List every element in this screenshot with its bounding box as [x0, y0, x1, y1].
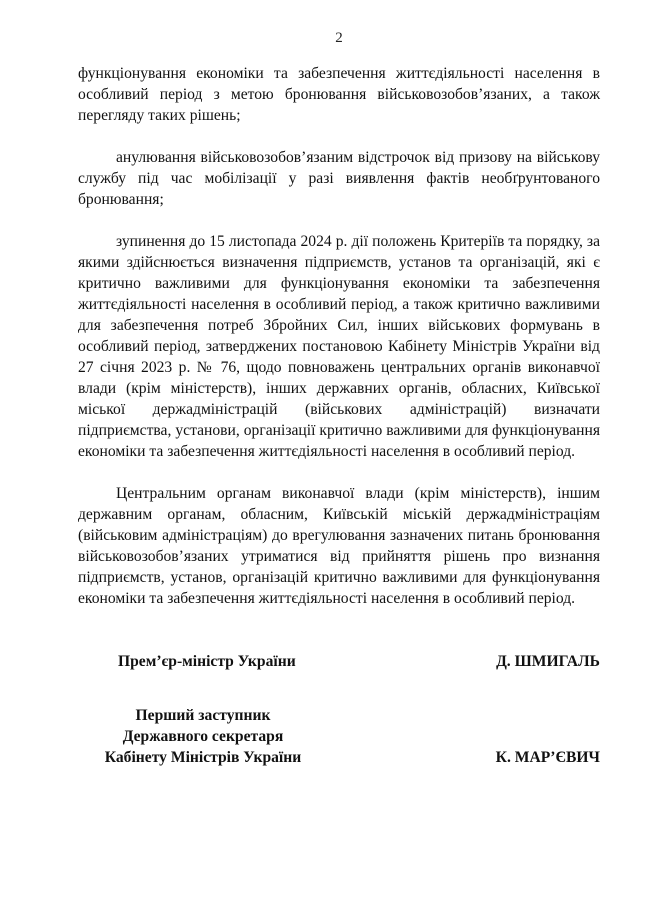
- document-page: 2 функціонування економіки та забезпечен…: [0, 0, 652, 924]
- signature-name: К. МАР’ЄВИЧ: [496, 747, 600, 768]
- paragraph-annulment: анулювання військовозобов’язаним відстро…: [78, 147, 600, 210]
- page-number: 2: [78, 0, 600, 46]
- signature-name: Д. ШМИГАЛЬ: [496, 651, 600, 672]
- signature-title: Прем’єр-міністр України: [78, 651, 296, 672]
- signature-block: Прем’єр-міністр України Д. ШМИГАЛЬ Перши…: [78, 651, 600, 768]
- signature-title: Перший заступник Державного секретаря Ка…: [78, 705, 328, 768]
- signature-prime-minister: Прем’єр-міністр України Д. ШМИГАЛЬ: [78, 651, 600, 672]
- document-body: функціонування економіки та забезпечення…: [78, 63, 600, 609]
- signature-first-deputy: Перший заступник Державного секретаря Ка…: [78, 705, 600, 768]
- paragraph-suspension: зупинення до 15 листопада 2024 р. дії по…: [78, 231, 600, 462]
- signature-title-line: Державного секретаря: [78, 726, 328, 747]
- signature-title-line: Перший заступник: [78, 705, 328, 726]
- signature-title-line: Кабінету Міністрів України: [78, 747, 328, 768]
- paragraph-instruction: Центральним органам виконавчої влади (кр…: [78, 483, 600, 609]
- paragraph-continuation: функціонування економіки та забезпечення…: [78, 63, 600, 126]
